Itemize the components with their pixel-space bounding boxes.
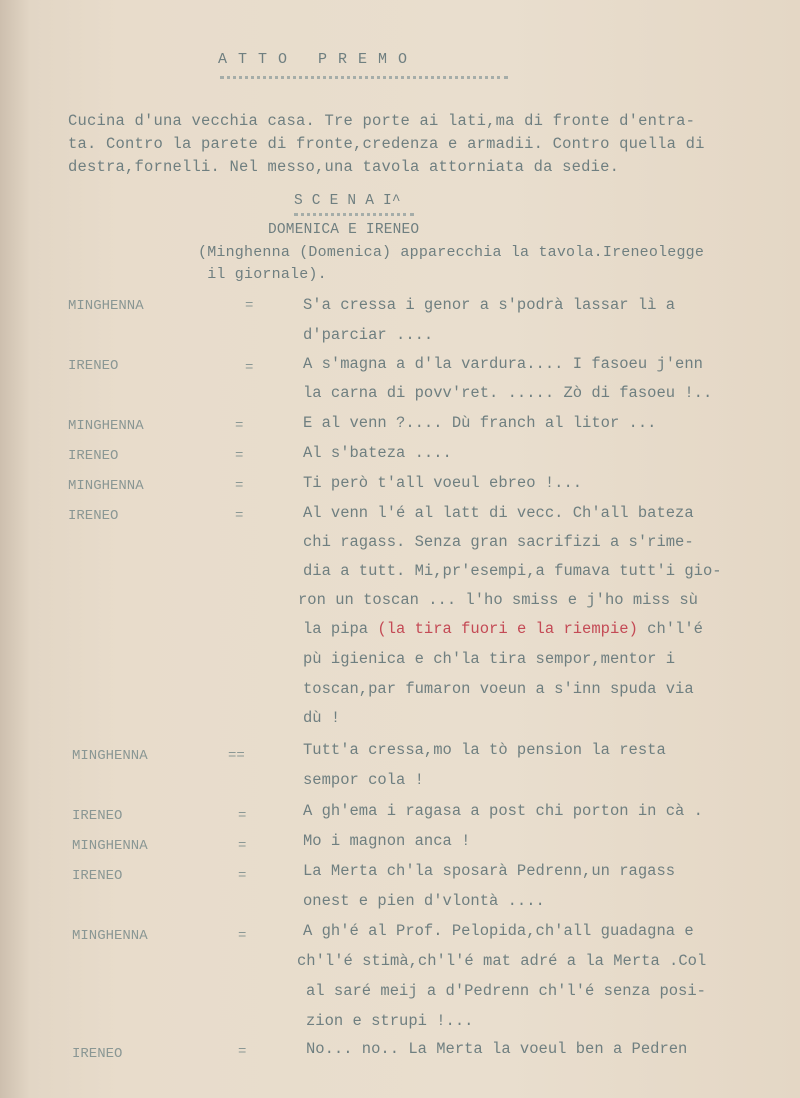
speaker-name: MINGHENNA	[72, 838, 148, 854]
separator: =	[238, 808, 246, 824]
title-underline	[220, 76, 508, 79]
dialogue-line: sempor cola !	[303, 771, 424, 789]
separator: =	[238, 1044, 246, 1060]
dialogue-line: dia a tutt. Mi,pr'esempi,a fumava tutt'i…	[303, 562, 722, 580]
speaker-name: IRENEO	[72, 868, 122, 884]
dialogue-line: E al venn ?.... Dù franch al litor ...	[303, 414, 656, 432]
dialogue-text: la pipa	[303, 620, 377, 638]
dialogue-line: Al venn l'é al latt di vecc. Ch'all bate…	[303, 504, 694, 522]
separator: =	[238, 868, 246, 884]
dialogue-line: Al s'bateza ....	[303, 444, 452, 462]
separator: =	[238, 838, 246, 854]
dialogue-line: dù !	[303, 709, 340, 727]
speaker-name: MINGHENNA	[72, 748, 148, 764]
dialogue-line: ch'l'é stimà,ch'l'é mat adré a la Merta …	[297, 952, 706, 970]
dialogue-line: Mo i magnon anca !	[303, 832, 470, 850]
speaker-name: IRENEO	[68, 358, 118, 374]
dialogue-line: A gh'é al Prof. Pelopida,ch'all guadagna…	[303, 922, 694, 940]
dialogue-text: ch'l'é	[638, 620, 703, 638]
dialogue-line: No... no.. La Merta la voeul ben a Pedre…	[306, 1040, 687, 1058]
stage-setting-line: ta. Contro la parete di fronte,credenza …	[68, 135, 705, 153]
dialogue-line: toscan,par fumaron voeun a s'inn spuda v…	[303, 680, 694, 698]
separator: =	[245, 298, 253, 314]
speaker-name: MINGHENNA	[72, 928, 148, 944]
separator: ==	[228, 748, 245, 764]
dialogue-line: A s'magna a d'la vardura.... I fasoeu j'…	[303, 355, 703, 373]
dialogue-line: chi ragass. Senza gran sacrifizi a s'rim…	[303, 533, 694, 551]
dialogue-line: onest e pien d'vlontà ....	[303, 892, 545, 910]
speaker-name: IRENEO	[72, 808, 122, 824]
speaker-name: IRENEO	[72, 1046, 122, 1062]
dialogue-line: pù igienica e ch'la tira sempor,mentor i	[303, 650, 675, 668]
dialogue-line: d'parciar ....	[303, 326, 433, 344]
dialogue-line: la carna di povv'ret. ..... Zò di fasoeu…	[303, 384, 712, 402]
separator: =	[238, 928, 246, 944]
typewritten-script-page: A T T O P R E M O Cucina d'una vecchia c…	[0, 0, 800, 1098]
separator: =	[235, 418, 243, 434]
separator: =	[235, 508, 243, 524]
speaker-name: MINGHENNA	[68, 298, 144, 314]
dialogue-line: La Merta ch'la sposarà Pedrenn,un ragass	[303, 862, 675, 880]
scene-note-line: il giornale).	[198, 266, 327, 283]
scene-heading: S C E N A I^	[294, 193, 401, 209]
speaker-name: MINGHENNA	[68, 418, 144, 434]
stage-setting-line: Cucina d'una vecchia casa. Tre porte ai …	[68, 112, 695, 130]
speaker-name: MINGHENNA	[68, 478, 144, 494]
dialogue-line: zion e strupi !...	[306, 1012, 473, 1030]
scene-characters: DOMENICA E IRENEO	[268, 222, 419, 238]
dialogue-line-with-stage-direction: la pipa (la tira fuori e la riempie) ch'…	[303, 620, 703, 638]
speaker-name: IRENEO	[68, 448, 118, 464]
dialogue-line: al saré meij a d'Pedrenn ch'l'é senza po…	[306, 982, 706, 1000]
separator: =	[235, 448, 243, 464]
stage-setting-line: destra,fornelli. Nel messo,una tavola at…	[68, 158, 619, 176]
dialogue-line: Tutt'a cressa,mo la tò pension la resta	[303, 741, 666, 759]
dialogue-line: ron un toscan ... l'ho smiss e j'ho miss…	[298, 591, 698, 609]
separator: =	[245, 360, 253, 376]
act-title: A T T O P R E M O	[218, 51, 408, 68]
separator: =	[235, 478, 243, 494]
dialogue-line: S'a cressa i genor a s'podrà lassar lì a	[303, 296, 675, 314]
speaker-name: IRENEO	[68, 508, 118, 524]
stage-direction-red: (la tira fuori e la riempie)	[377, 620, 637, 638]
dialogue-line: A gh'ema i ragasa a post chi porton in c…	[303, 802, 703, 820]
scene-note-line: (Minghenna (Domenica) apparecchia la tav…	[198, 244, 704, 261]
scene-underline	[294, 213, 414, 216]
dialogue-line: Ti però t'all voeul ebreo !...	[303, 474, 582, 492]
